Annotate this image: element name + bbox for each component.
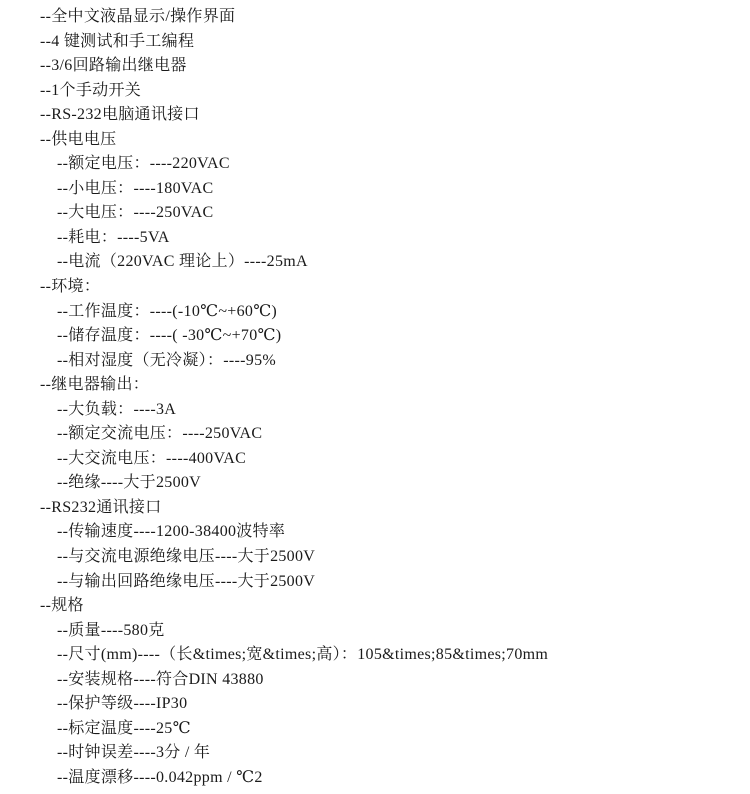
spec-line-min-voltage: --小电压：----180VAC bbox=[0, 177, 750, 202]
spec-line-display: --全中文液晶显示/操作界面 bbox=[0, 5, 750, 30]
spec-line-rated-ac-voltage: --额定交流电压：----250VAC bbox=[0, 422, 750, 447]
spec-line-temp-drift: --温度漂移----0.042ppm / ℃2 bbox=[0, 766, 750, 791]
spec-line-calibration-temp: --标定温度----25℃ bbox=[0, 717, 750, 742]
spec-section-environment: --环境： bbox=[0, 275, 750, 300]
spec-line-relay-loops: --3/6回路输出继电器 bbox=[0, 54, 750, 79]
spec-document: --全中文液晶显示/操作界面 --4 键测试和手工编程 --3/6回路输出继电器… bbox=[0, 0, 750, 791]
spec-line-clock-error: --时钟误差----3分 / 年 bbox=[0, 741, 750, 766]
spec-section-specifications: --规格 bbox=[0, 594, 750, 619]
spec-line-protection-class: --保护等级----IP30 bbox=[0, 692, 750, 717]
spec-line-dimensions: --尺寸(mm)----（长&times;宽&times;高）：105&time… bbox=[0, 643, 750, 668]
spec-line-current: --电流（220VAC 理论上）----25mA bbox=[0, 250, 750, 275]
spec-section-power-supply: --供电电压 bbox=[0, 128, 750, 153]
spec-section-rs232: --RS232通讯接口 bbox=[0, 496, 750, 521]
spec-line-insulation: --绝缘----大于2500V bbox=[0, 471, 750, 496]
spec-line-manual-switch: --1个手动开关 bbox=[0, 79, 750, 104]
spec-line-humidity: --相对湿度（无冷凝）：----95% bbox=[0, 349, 750, 374]
spec-section-relay-output: --继电器输出： bbox=[0, 373, 750, 398]
spec-line-weight: --质量----580克 bbox=[0, 619, 750, 644]
spec-line-keys: --4 键测试和手工编程 bbox=[0, 30, 750, 55]
spec-line-rs232-port: --RS-232电脑通讯接口 bbox=[0, 103, 750, 128]
spec-line-baud-rate: --传输速度----1200-38400波特率 bbox=[0, 520, 750, 545]
spec-line-output-insulation-voltage: --与输出回路绝缘电压----大于2500V bbox=[0, 570, 750, 595]
spec-line-max-ac-voltage: --大交流电压：----400VAC bbox=[0, 447, 750, 472]
spec-line-max-voltage: --大电压：----250VAC bbox=[0, 201, 750, 226]
spec-line-working-temp: --工作温度：----(-10℃~+60℃) bbox=[0, 300, 750, 325]
spec-line-mounting: --安装规格----符合DIN 43880 bbox=[0, 668, 750, 693]
spec-line-storage-temp: --储存温度：----( -30℃~+70℃) bbox=[0, 324, 750, 349]
spec-line-rated-voltage: --额定电压：----220VAC bbox=[0, 152, 750, 177]
spec-line-power-consumption: --耗电：----5VA bbox=[0, 226, 750, 251]
spec-line-ac-insulation-voltage: --与交流电源绝缘电压----大于2500V bbox=[0, 545, 750, 570]
spec-line-max-load: --大负载：----3A bbox=[0, 398, 750, 423]
